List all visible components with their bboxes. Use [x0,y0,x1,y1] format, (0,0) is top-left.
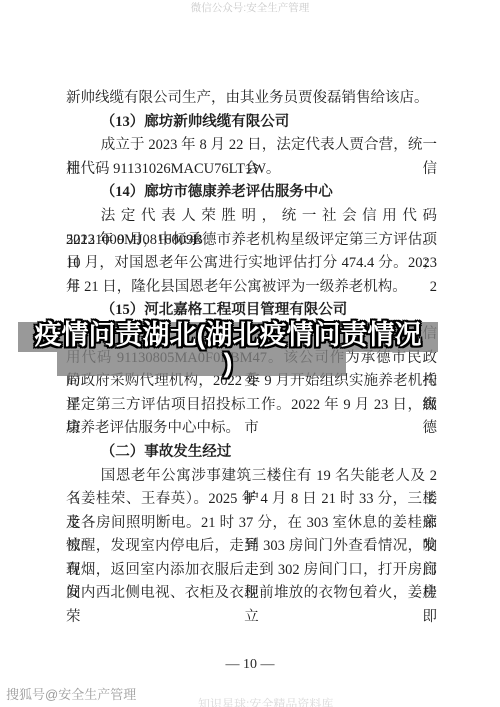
watermark-bottom-center: 知识星球:安全精品资料库 [198,695,333,707]
document-page: 微信公众号:安全生产管理 新帅线缆有限公司生产，由其业务员贾俊磊销售给该店。 （… [0,0,500,707]
section-heading: （13）廊坊新帅线缆有限公司 [66,111,437,135]
watermark-top: 微信公众号:安全生产管理 [0,0,500,15]
watermark-bottom-left: 搜狐号@安全生产管理 [6,684,136,703]
document-line: 成立于 2023 年 8 月 22 日，法定代表人贾合营，统一社会信 [66,134,437,158]
overlay-banner-title-line2: ) [18,350,438,376]
document-line: 2022 年 9 月，中标承德市养老机构星级评定第三方评估项目； [66,229,437,253]
document-line: 有烟，返回室内添加衣服后走到 302 房间门口，打开房门发现房 [66,559,437,583]
page-number: — 10 — [0,657,500,673]
document-line: 评定第三方评估项目招投标工作。2022 年 9 月 23 日，廊坊市德 [66,394,437,418]
document-line: 10 月，对国恩老年公寓进行实地评估打分 474.4 分。2023 年 2 [66,252,437,276]
section-heading: （14）廊坊市德康养老评估服务中心 [66,181,437,205]
document-line: （姜桂荣、王春英）。2025 年 4 月 8 日 21 时 33 分，三楼走廊 [66,488,437,512]
document-line: 惊醒，发现室内停电后，走到 303 房间门外查看情况，发现走廊 [66,535,437,559]
document-line: 新帅线缆有限公司生产，由其业务员贾俊磊销售给该店。 [66,87,437,111]
section-heading: （二）事故发生经过 [66,441,437,465]
document-line: 间内西北侧电视、衣柜及衣柜前堆放的衣物包着火，姜桂荣立即 [66,582,437,606]
overlay-banner-title: 疫情问责湖北(湖北疫情问责情况 ) [18,320,438,376]
overlay-banner-title-line1: 疫情问责湖北(湖北疫情问责情况 [18,320,438,350]
document-line: 及各房间照明断电。21 时 37 分，在 303 室休息的姜桂荣被异响 [66,512,437,536]
document-line: 月 21 日，隆化县国恩老年公寓被评为一级养老机构。 [66,276,437,300]
document-line: 法定代表人荣胜明，统一社会信用代码 52131000MJ0816009B。 [66,205,437,229]
document-line: 国恩老年公寓涉事建筑三楼住有 19 名失能老人及 2 名护工 [66,465,437,489]
